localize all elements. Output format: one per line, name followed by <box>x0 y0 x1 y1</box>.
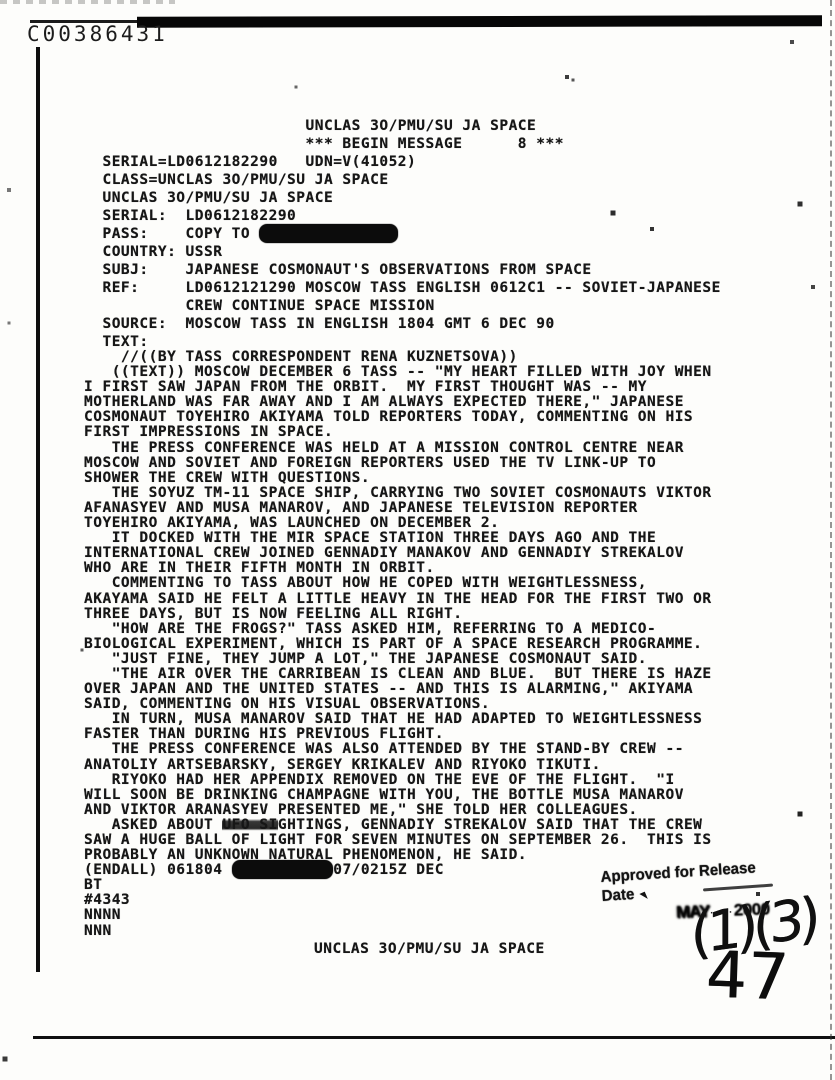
message-line: SAW A HUGE BALL OF LIGHT FOR SEVEN MINUT… <box>84 833 712 848</box>
redaction-bar <box>259 224 397 243</box>
message-line: FIRST IMPRESSIONS IN SPACE. <box>84 425 712 440</box>
message-line: //((BY TASS CORRESPONDENT RENA KUZNETSOV… <box>84 350 712 365</box>
message-line: THE PRESS CONFERENCE WAS HELD AT A MISSI… <box>84 441 712 456</box>
message-header-block: UNCLAS 3O/PMU/SU JA SPACE *** BEGIN MESS… <box>84 117 721 351</box>
message-line: INTERNATIONAL CREW JOINED GENNADIY MANAK… <box>84 546 712 561</box>
message-line: TOYEHIRO AKIYAMA, WAS LAUNCHED ON DECEMB… <box>84 516 712 531</box>
message-line: COMMENTING TO TASS ABOUT HOW HE COPED WI… <box>84 576 712 591</box>
message-line: MOTHERLAND WAS FAR AWAY AND I AM ALWAYS … <box>84 395 712 410</box>
message-line: NNN <box>84 924 712 939</box>
message-line: MOSCOW AND SOVIET AND FOREIGN REPORTERS … <box>84 456 712 471</box>
message-line: "THE AIR OVER THE CARRIBEAN IS CLEAN AND… <box>84 667 712 682</box>
message-line: THE SOYUZ TM-11 SPACE SHIP, CARRYING TWO… <box>84 486 712 501</box>
message-line: WHO ARE IN THEIR FIFTH MONTH IN ORBIT. <box>84 561 712 576</box>
message-line: WILL SOON BE DRINKING CHAMPAGNE WITH YOU… <box>84 788 712 803</box>
message-line: THREE DAYS, BUT IS NOW FEELING ALL RIGHT… <box>84 607 712 622</box>
message-line: AKAYAMA SAID HE FELT A LITTLE HEAVY IN T… <box>84 592 712 607</box>
message-line: *** BEGIN MESSAGE 8 *** <box>84 135 721 153</box>
scan-bottom-border-line <box>33 1036 835 1039</box>
message-line: SOURCE: MOSCOW TASS IN ENGLISH 1804 GMT … <box>84 315 721 333</box>
handwritten-page-number: 47 <box>705 939 791 1016</box>
message-line: PROBABLY AN UNKNOWN NATURAL PHENOMENON, … <box>84 848 712 863</box>
message-line: REF: LD0612121290 MOSCOW TASS ENGLISH 06… <box>84 279 721 297</box>
date-label: Date <box>601 886 635 905</box>
message-body-block: //((BY TASS CORRESPONDENT RENA KUZNETSOV… <box>84 350 712 939</box>
message-line: AND VIKTOR ARANASYEV PRESENTED ME," SHE … <box>84 803 712 818</box>
document-id: C00386431 <box>27 22 168 46</box>
message-line: SHOWER THE CREW WITH QUESTIONS. <box>84 471 712 486</box>
message-line: SUBJ: JAPANESE COSMONAUT'S OBSERVATIONS … <box>84 261 721 279</box>
overstruck-text: UFO SI <box>222 817 277 833</box>
message-line: THE PRESS CONFERENCE WAS ALSO ATTENDED B… <box>84 742 712 757</box>
message-line: CREW CONTINUE SPACE MISSION <box>84 297 721 315</box>
footer-classification: UNCLAS 3O/PMU/SU JA SPACE <box>314 941 545 957</box>
message-line: "HOW ARE THE FROGS?" TASS ASKED HIM, REF… <box>84 622 712 637</box>
message-line: RIYOKO HAD HER APPENDIX REMOVED ON THE E… <box>84 773 712 788</box>
message-line: "JUST FINE, THEY JUMP A LOT," THE JAPANE… <box>84 652 712 667</box>
message-line: ((TEXT)) MOSCOW DECEMBER 6 TASS -- "MY H… <box>84 365 712 380</box>
message-line: UNCLAS 3O/PMU/SU JA SPACE <box>84 189 721 207</box>
message-line: SERIAL: LD0612182290 <box>84 207 721 225</box>
message-line: CLASS=UNCLAS 3O/PMU/SU JA SPACE <box>84 171 721 189</box>
message-line: IT DOCKED WITH THE MIR SPACE STATION THR… <box>84 531 712 546</box>
message-line: AFANASYEV AND MUSA MANAROV, AND JAPANESE… <box>84 501 712 516</box>
message-line: NNNN <box>84 908 712 923</box>
scan-left-border-line <box>36 47 40 972</box>
message-line: COSMONAUT TOYEHIRO AKIYAMA TOLD REPORTER… <box>84 410 712 425</box>
message-line: IN TURN, MUSA MANAROV SAID THAT HE HAD A… <box>84 712 712 727</box>
message-line: SERIAL=LD0612182290 UDN=V(41052) <box>84 153 721 171</box>
message-line: I FIRST SAW JAPAN FROM THE ORBIT. MY FIR… <box>84 380 712 395</box>
message-line: COUNTRY: USSR <box>84 243 721 261</box>
message-line: FASTER THAN DURING HIS PREVIOUS FLIGHT. <box>84 727 712 742</box>
scan-top-border-bar <box>137 15 822 27</box>
message-line: ANATOLIY ARTSEBARSKY, SERGEY KRIKALEV AN… <box>84 758 712 773</box>
message-line: PASS: COPY TO <box>84 225 721 243</box>
message-line: ASKED ABOUT UFO SIGHTINGS, GENNADIY STRE… <box>84 818 712 833</box>
scan-right-edge-dashes <box>830 0 832 1080</box>
redaction-bar <box>232 860 334 879</box>
message-line: OVER JAPAN AND THE UNITED STATES -- AND … <box>84 682 712 697</box>
scanner-edge-artifact <box>0 0 175 4</box>
scan-noise-specks <box>0 0 2 2</box>
message-line: BIOLOGICAL EXPERIMENT, WHICH IS PART OF … <box>84 637 712 652</box>
scanned-document-page: C00386431 UNCLAS 3O/PMU/SU JA SPACE *** … <box>0 0 835 1080</box>
message-line: UNCLAS 3O/PMU/SU JA SPACE <box>84 117 721 135</box>
date-tick-mark-icon <box>639 892 647 902</box>
message-line: SAID, COMMENTING ON HIS VISUAL OBSERVATI… <box>84 697 712 712</box>
